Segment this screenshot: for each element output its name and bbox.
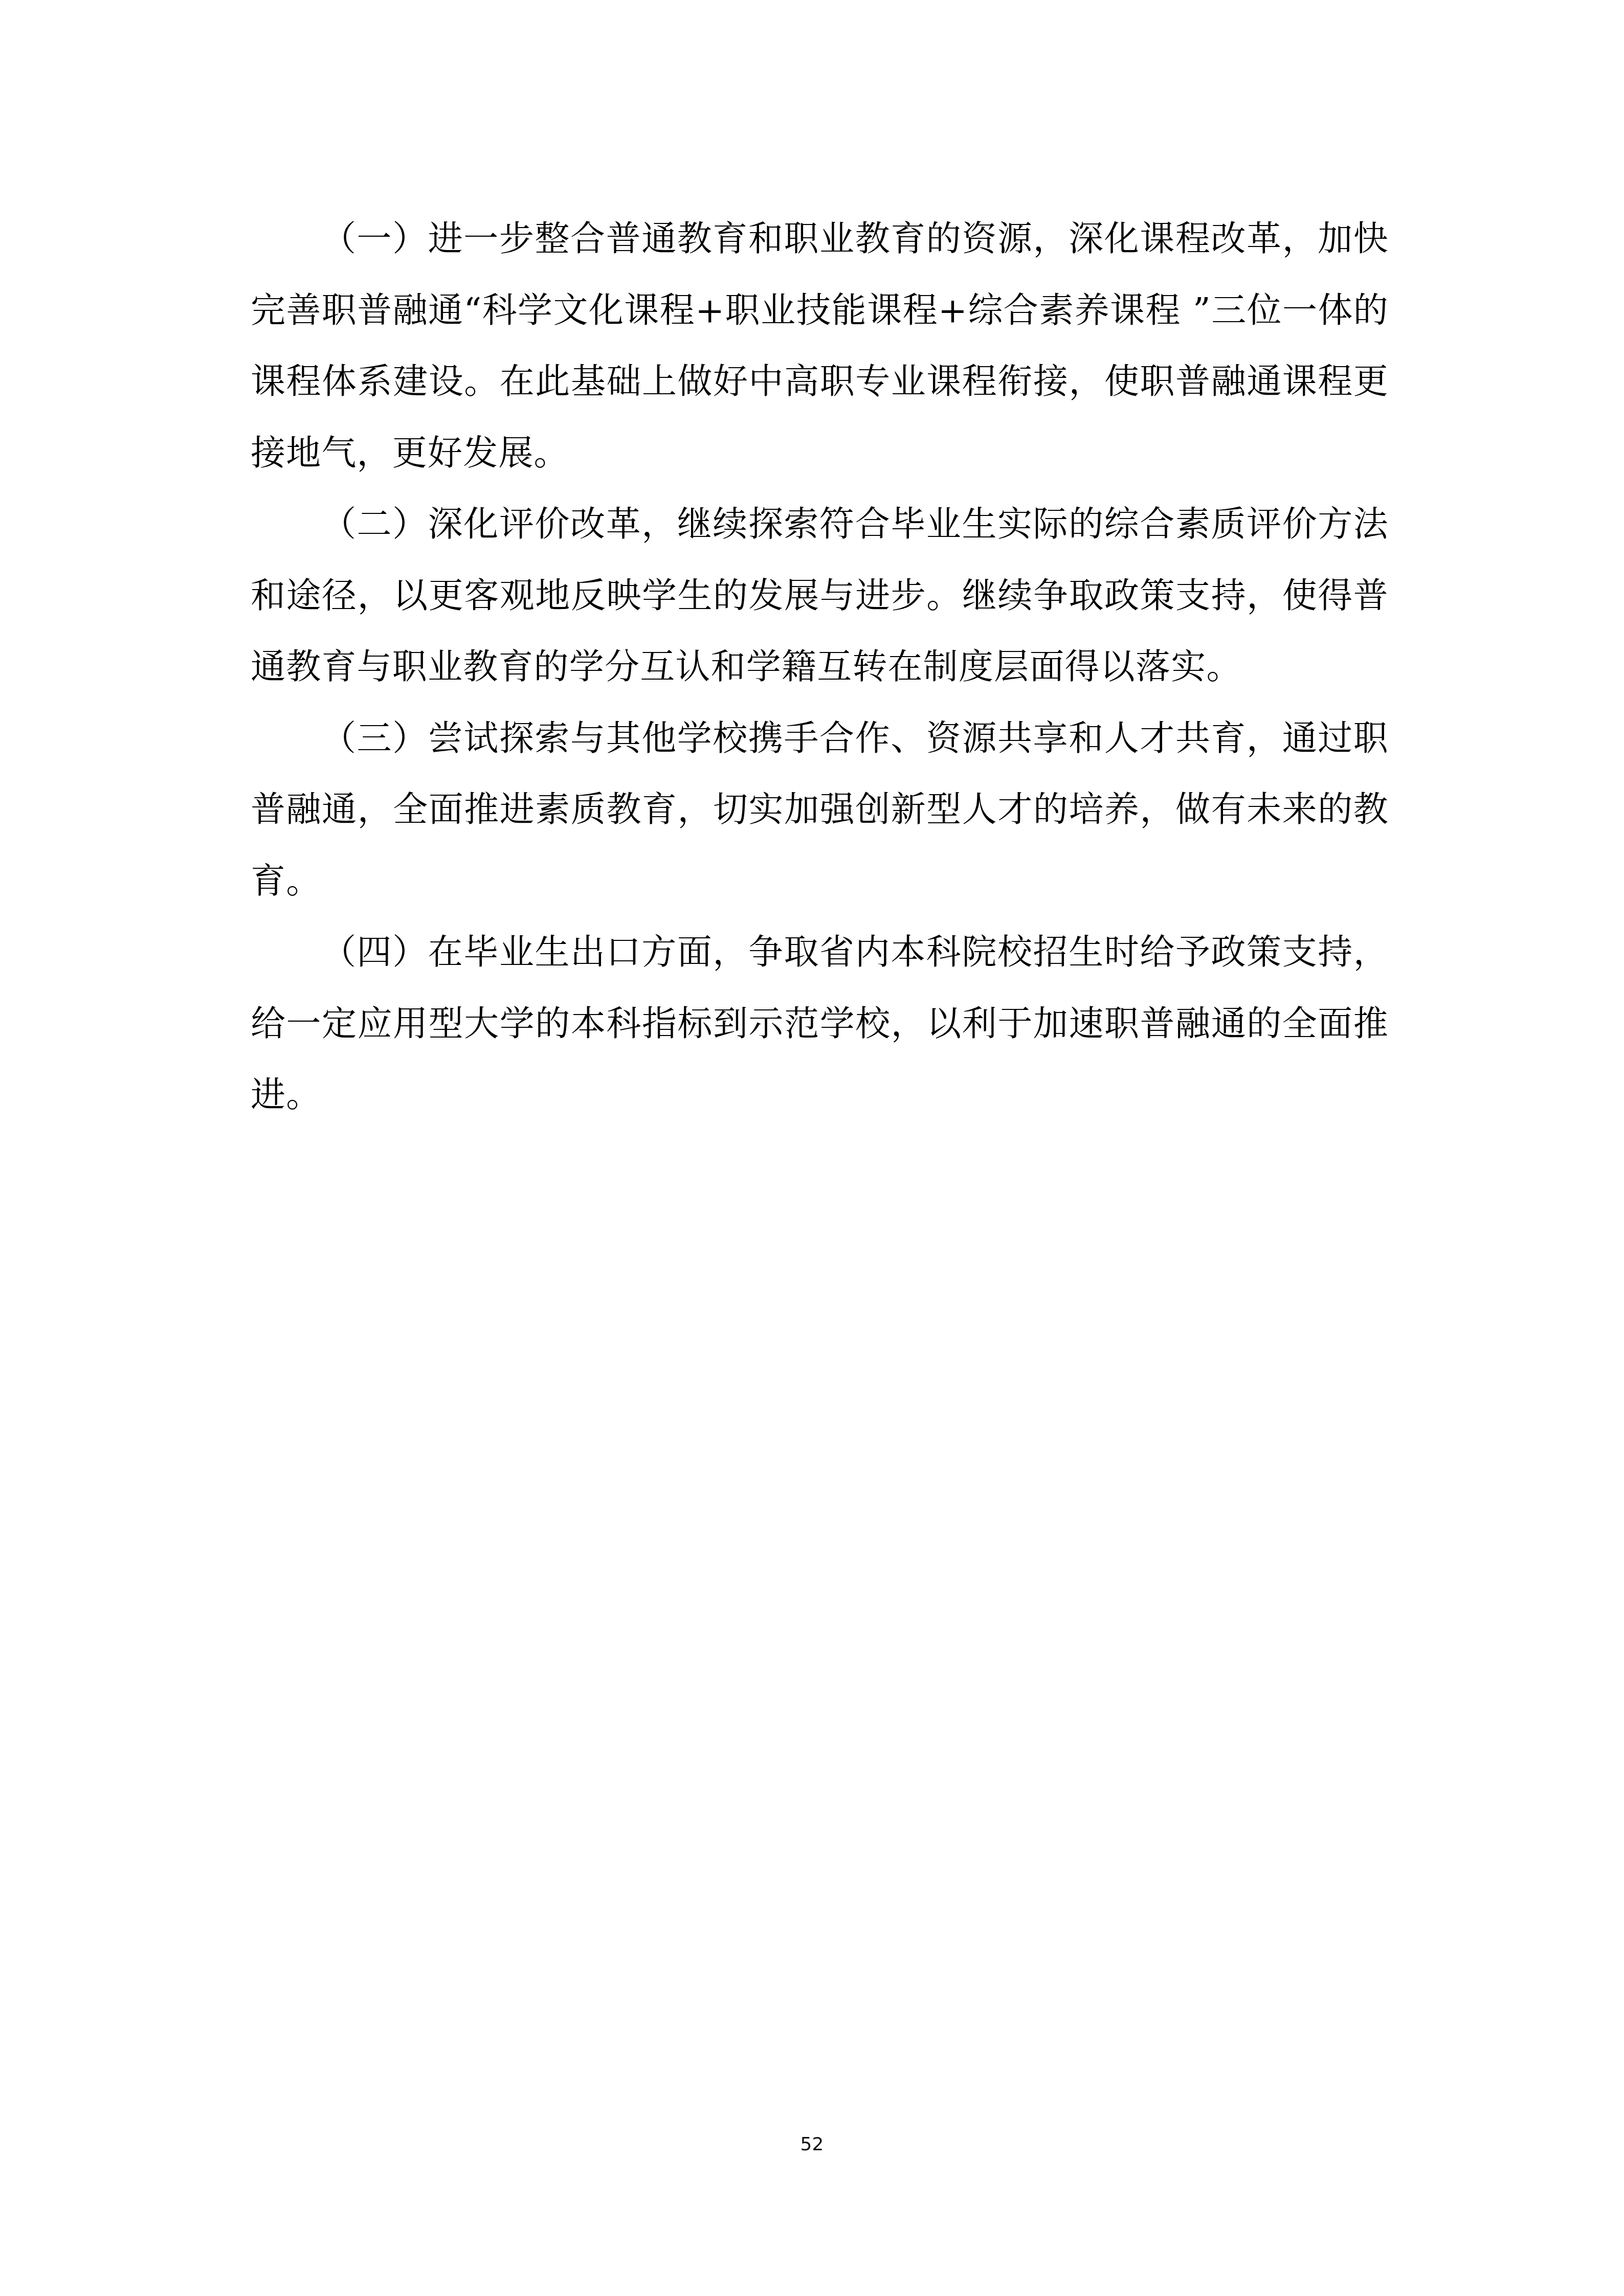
paragraph-2-evaluation-reform: （二）深化评价改革，继续探索符合毕业生实际的综合素质评价方法和途径，以更客观地反… — [251, 489, 1389, 703]
paragraph-3-school-cooperation: （三）尝试探索与其他学校携手合作、资源共享和人才共育，通过职普融通，全面推进素质… — [251, 703, 1389, 917]
paragraph-1-course-reform: （一）进一步整合普通教育和职业教育的资源，深化课程改革，加快完善职普融通“科学文… — [251, 204, 1389, 489]
page-number: 52 — [0, 2134, 1624, 2155]
document-body: （一）进一步整合普通教育和职业教育的资源，深化课程改革，加快完善职普融通“科学文… — [251, 204, 1389, 1131]
paragraph-4-graduate-policy: （四）在毕业生出口方面，争取省内本科院校招生时给予政策支持，给一定应用型大学的本… — [251, 917, 1389, 1131]
